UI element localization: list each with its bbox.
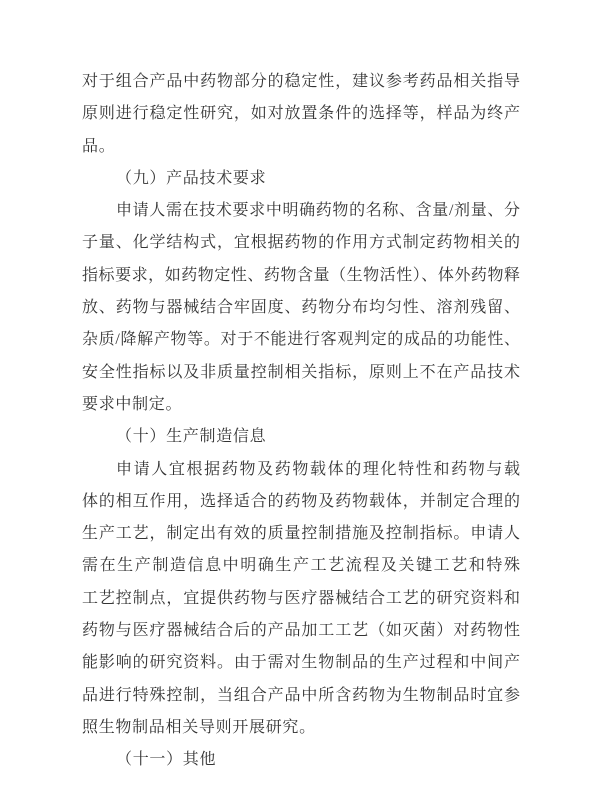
text-line: 指标要求，如药物定性、药物含量（生物活性）、体外药物释 [82, 260, 520, 292]
text-line: 安全性指标以及非质量控制相关指标，原则上不在产品技术 [82, 357, 520, 389]
section-heading: （九）产品技术要求 [82, 163, 520, 195]
text-line: 对于组合产品中药物部分的稳定性，建议参考药品相关指导 [82, 66, 520, 98]
text-line: 生产工艺，制定出有效的质量控制措施及控制指标。申请人 [82, 518, 520, 550]
section-heading: （十一）其他 [82, 744, 520, 776]
text-line: 杂质/降解产物等。对于不能进行客观判定的成品的功能性、 [82, 324, 520, 356]
text-line: 体的相互作用，选择适合的药物及药物载体，并制定合理的 [82, 486, 520, 518]
text-line: 药物与医疗器械结合后的产品加工工艺（如灭菌）对药物性 [82, 615, 520, 647]
text-line: 原则进行稳定性研究，如对放置条件的选择等，样品为终产 [82, 98, 520, 130]
text-line: 品进行特殊控制，当组合产品中所含药物为生物制品时宜参 [82, 680, 520, 712]
text-line: 照生物制品相关导则开展研究。 [82, 712, 520, 744]
text-line: 申请人宜根据药物及药物载体的理化特性和药物与载 [82, 454, 520, 486]
text-line: 能影响的研究资料。由于需对生物制品的生产过程和中间产 [82, 647, 520, 679]
text-line: 工艺控制点，宜提供药物与医疗器械结合工艺的研究资料和 [82, 583, 520, 615]
text-line: 要求中制定。 [82, 389, 520, 421]
text-line: 申请人需在技术要求中明确药物的名称、含量/剂量、分 [82, 195, 520, 227]
text-line: 放、药物与器械结合牢固度、药物分布均匀性、溶剂残留、 [82, 292, 520, 324]
text-line: 需在生产制造信息中明确生产工艺流程及关键工艺和特殊 [82, 550, 520, 582]
text-line: 品。 [82, 131, 520, 163]
section-heading: （十）生产制造信息 [82, 421, 520, 453]
document-text: 对于组合产品中药物部分的稳定性，建议参考药品相关指导原则进行稳定性研究，如对放置… [82, 66, 520, 777]
document-page: 对于组合产品中药物部分的稳定性，建议参考药品相关指导原则进行稳定性研究，如对放置… [0, 0, 607, 807]
text-line: 子量、化学结构式，宜根据药物的作用方式制定药物相关的 [82, 227, 520, 259]
